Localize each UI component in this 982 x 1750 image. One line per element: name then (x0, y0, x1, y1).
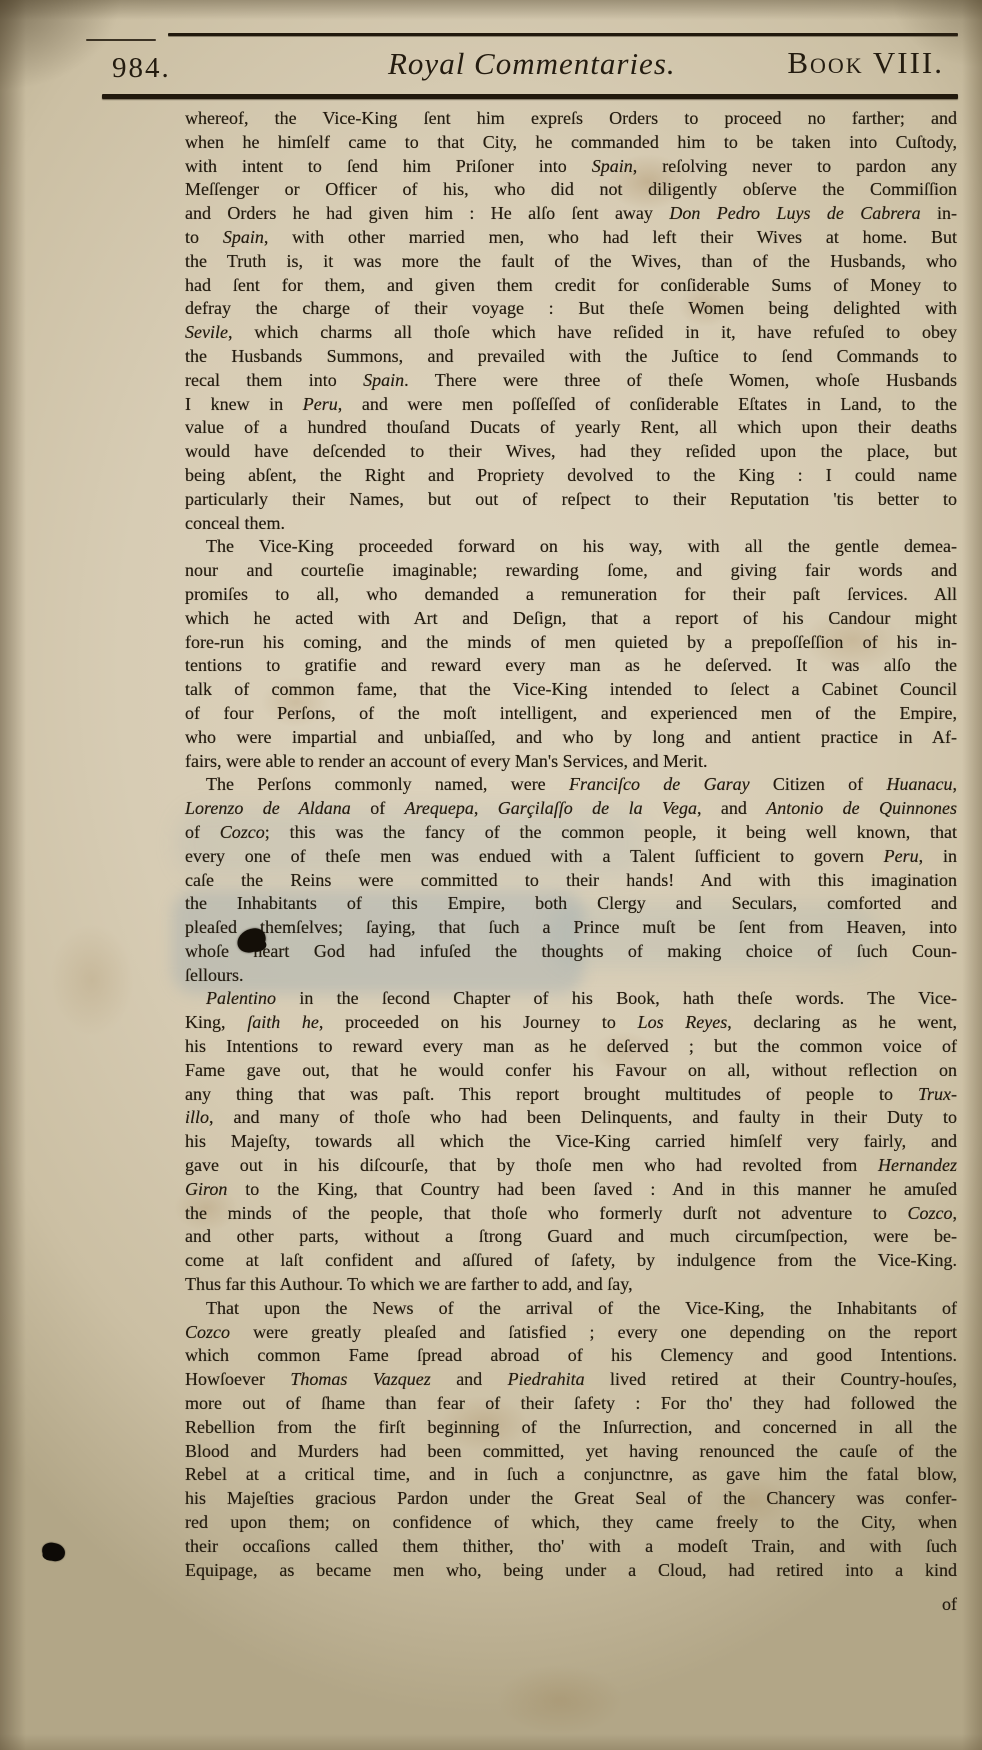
text-line: being abſent, the Right and Propriety de… (185, 464, 957, 488)
text-line: of four Perſons, of the moſt intelligent… (185, 702, 957, 726)
body-text: whereof, the Vice-King ſent him expreſs … (185, 107, 957, 1582)
running-title: Royal Commentaries. (388, 46, 676, 82)
text-line: Giron to the King, that Country had been… (185, 1178, 957, 1202)
book-page: 984. Royal Commentaries. Book VIII. wher… (0, 0, 982, 1750)
text-line: value of a hundred thouſand Ducats of ye… (185, 416, 957, 440)
text-line: I knew in Peru, and were men poſſeſſed o… (185, 393, 957, 417)
text-line: Cozco were greatly pleaſed and ſatisfied… (185, 1321, 957, 1345)
text-line: Sevile, which charms all thoſe which hav… (185, 321, 957, 345)
text-line: the Husbands Summons, and prevailed with… (185, 345, 957, 369)
text-line: Howſoever Thomas Vazquez and Piedrahita … (185, 1368, 957, 1392)
text-line: and other parts, without a ſtrong Guard … (185, 1225, 957, 1249)
text-line: tentions to gratifie and reward every ma… (185, 654, 957, 678)
text-line: his Majeſties gracious Pardon under the … (185, 1487, 957, 1511)
text-line: the minds of the people, that thoſe who … (185, 1202, 957, 1226)
text-line: would have deſcended to their Wives, had… (185, 440, 957, 464)
text-line: come at laſt confident and aſſured of ſa… (185, 1249, 957, 1273)
text-line: defray the charge of their voyage : But … (185, 297, 957, 321)
page-header: 984. Royal Commentaries. Book VIII. (0, 40, 982, 92)
text-line: when he himſelf came to that City, he co… (185, 131, 957, 155)
text-line: of Cozco; this was the fancy of the comm… (185, 821, 957, 845)
text-line: talk of common fame, that the Vice-King … (185, 678, 957, 702)
text-line: The Perſons commonly named, were Franciſ… (185, 773, 957, 797)
text-line: Rebellion from the firſt beginning of th… (185, 1416, 957, 1440)
text-line: who were impartial and unbiaſſed, and wh… (185, 726, 957, 750)
text-line: Equipage, as became men who, being under… (185, 1559, 957, 1583)
text-line: Fame gave out, that he would confer his … (185, 1059, 957, 1083)
text-line: fore-run his coming, and the minds of me… (185, 631, 957, 655)
text-line: which common Fame ſpread abroad of his C… (185, 1344, 957, 1368)
text-line: red upon them; on confidence of which, t… (185, 1511, 957, 1535)
text-line: Blood and Murders had been committed, ye… (185, 1440, 957, 1464)
catchword: of (942, 1594, 957, 1614)
text-line: Thus far this Authour. To which we are f… (185, 1273, 957, 1297)
header-rule-bottom (102, 94, 958, 99)
catchword-row: of (757, 1594, 957, 1615)
text-line: had ſent for them, and given them credit… (185, 274, 957, 298)
margin-ink-dot (41, 1541, 66, 1562)
text-line: fairs, were able to render an account of… (185, 750, 957, 774)
text-line: Palentino in the ſecond Chapter of his B… (185, 987, 957, 1011)
text-line: promiſes to all, who demanded a remunera… (185, 583, 957, 607)
text-line: pleaſed themſelves; ſaying, that ſuch a … (185, 916, 957, 940)
header-rule-top (168, 33, 958, 36)
text-line: That upon the News of the arrival of the… (185, 1297, 957, 1321)
text-line: whereof, the Vice-King ſent him expreſs … (185, 107, 957, 131)
text-line: gave out in his diſcourſe, that by thoſe… (185, 1154, 957, 1178)
text-line: the Truth is, it was more the fault of t… (185, 250, 957, 274)
text-line: illo, and many of thoſe who had been Del… (185, 1106, 957, 1130)
text-line: any thing that was paſt. This report bro… (185, 1083, 957, 1107)
text-line: which he acted with Art and Deſign, that… (185, 607, 957, 631)
text-line: with intent to ſend him Priſoner into Sp… (185, 155, 957, 179)
text-line: recal them into Spain. There were three … (185, 369, 957, 393)
text-line: their occaſions called them thither, tho… (185, 1535, 957, 1559)
text-line: King, ſaith he, proceeded on his Journey… (185, 1011, 957, 1035)
book-label: Book VIII. (787, 45, 944, 81)
text-line: to Spain, with other married men, who ha… (185, 226, 957, 250)
text-line: caſe the Reins were committed to their h… (185, 869, 957, 893)
text-line: Lorenzo de Aldana of Arequepa, Garçilaſſ… (185, 797, 957, 821)
text-line: conceal them. (185, 512, 957, 536)
text-line: Rebel at a critical time, and in ſuch a … (185, 1463, 957, 1487)
text-line: the Inhabitants of this Empire, both Cle… (185, 892, 957, 916)
text-line: particularly their Names, but out of reſ… (185, 488, 957, 512)
text-line: more out of ſhame than fear of their ſaf… (185, 1392, 957, 1416)
text-line: every one of theſe men was endued with a… (185, 845, 957, 869)
text-line: nour and courteſie imaginable; rewarding… (185, 559, 957, 583)
text-line: his Majeſty, towards all which the Vice-… (185, 1130, 957, 1154)
page-number: 984. (112, 52, 171, 85)
text-line: The Vice-King proceeded forward on his w… (185, 535, 957, 559)
text-line: his Intentions to reward every man as he… (185, 1035, 957, 1059)
text-line: and Orders he had given him : He alſo ſe… (185, 202, 957, 226)
text-line: ſellours. (185, 964, 957, 988)
text-line: Meſſenger or Officer of his, who did not… (185, 178, 957, 202)
text-line: whoſe heart God had infuſed the thoughts… (185, 940, 957, 964)
